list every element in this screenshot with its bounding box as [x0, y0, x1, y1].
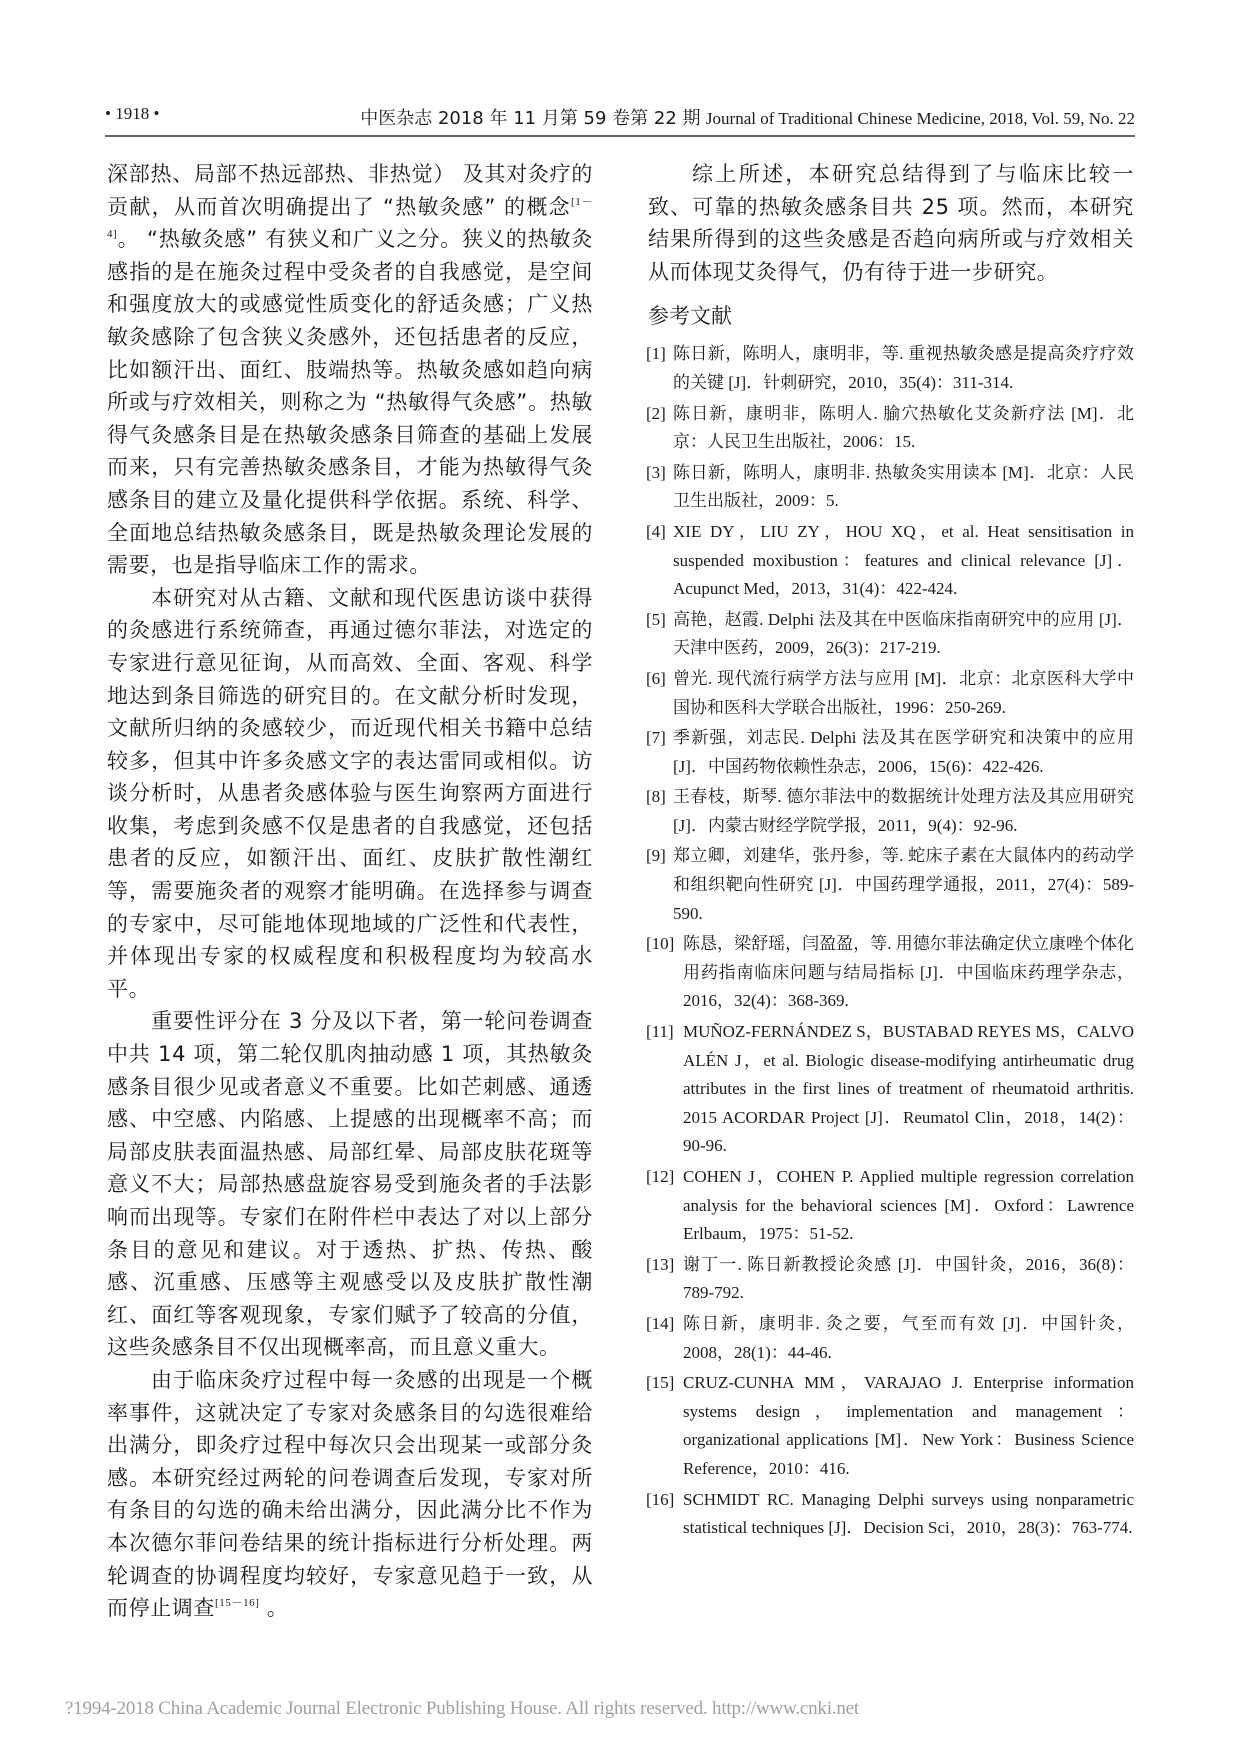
reference-item: [15]CRUZ-CUNHA MM，VARAJAO J. Enterprise … — [648, 1369, 1134, 1483]
reference-text: CRUZ-CUNHA MM，VARAJAO J. Enterprise info… — [683, 1373, 1134, 1478]
reference-text: XIE DY，LIU ZY，HOU XQ，et al. Heat sensiti… — [673, 522, 1134, 598]
reference-text: 曾光. 现代流行病学方法与应用 [M]．北京：北京医科大学中国协和医科大学联合出… — [673, 669, 1134, 717]
reference-item: [6]曾光. 现代流行病学方法与应用 [M]．北京：北京医科大学中国协和医科大学… — [648, 665, 1134, 722]
reference-text: 谢丁一. 陈日新教授论灸感 [J]．中国针灸，2016，36(8)：789-79… — [683, 1255, 1134, 1303]
reference-text: 陈日新，康明非. 灸之要，气至而有效 [J]．中国针灸，2008，28(1)：4… — [683, 1314, 1134, 1362]
reference-number: [9] — [646, 842, 666, 871]
reference-number: [7] — [646, 724, 666, 753]
paragraph-text: 。 “热敏灸感” 有狭义和广义之分。狭义的热敏灸感指的是在施灸过程中受灸者的自我… — [107, 227, 593, 577]
reference-number: [16] — [646, 1486, 674, 1515]
reference-number: [8] — [646, 783, 666, 812]
reference-text: 陈日新，陈明人，康明非. 热敏灸实用读本 [M]．北京：人民卫生出版社，2009… — [673, 463, 1134, 511]
reference-item: [12]COHEN J，COHEN P. Applied multiple re… — [648, 1163, 1134, 1249]
reference-item: [4]XIE DY，LIU ZY，HOU XQ，et al. Heat sens… — [648, 518, 1134, 604]
reference-number: [4] — [646, 518, 666, 547]
paragraph-text: 。 — [260, 1596, 289, 1620]
reference-number: [6] — [646, 665, 666, 694]
running-header: • 1918 • 中医杂志 2018 年 11 月第 59 卷第 22 期 Jo… — [105, 104, 1135, 130]
reference-number: [2] — [646, 400, 666, 429]
reference-number: [5] — [646, 606, 666, 635]
reference-item: [14]陈日新，康明非. 灸之要，气至而有效 [J]．中国针灸，2008，28(… — [648, 1310, 1134, 1367]
journal-citation: 中医杂志 2018 年 11 月第 59 卷第 22 期 Journal of … — [360, 104, 1135, 130]
reference-number: [11] — [646, 1018, 674, 1047]
reference-number: [10] — [646, 930, 674, 959]
reference-text: COHEN J，COHEN P. Applied multiple regres… — [683, 1167, 1134, 1243]
body-paragraph: 深部热、局部不热远部热、非热觉） 及其对灸疗的贡献，从而首次明确提出了 “热敏灸… — [107, 158, 593, 582]
reference-text: 陈日新，陈明人，康明非，等. 重视热敏灸感是提高灸疗疗效的关键 [J]．针刺研究… — [673, 344, 1134, 392]
reference-item: [1]陈日新，陈明人，康明非，等. 重视热敏灸感是提高灸疗疗效的关键 [J]．针… — [648, 340, 1134, 397]
references-heading: 参考文献 — [648, 300, 1134, 330]
reference-item: [3]陈日新，陈明人，康明非. 热敏灸实用读本 [M]．北京：人民卫生出版社，2… — [648, 459, 1134, 516]
paragraph-text: 深部热、局部不热远部热、非热觉） 及其对灸疗的贡献，从而首次明确提出了 “热敏灸… — [107, 162, 593, 219]
reference-item: [9]郑立卿，刘建华，张丹参，等. 蛇床子素在大鼠体内的药动学和组织靶向性研究 … — [648, 842, 1134, 928]
reference-number: [15] — [646, 1369, 674, 1398]
reference-text: 高艳，赵霞. Delphi 法及其在中医临床指南研究中的应用 [J]．天津中医药… — [673, 610, 1134, 658]
reference-item: [7]季新强，刘志民. Delphi 法及其在医学研究和决策中的应用 [J]．中… — [648, 724, 1134, 781]
conclusion-paragraph: 综上所述，本研究总结得到了与临床比较一致、可靠的热敏灸感条目共 25 项。然而，… — [648, 158, 1134, 288]
body-paragraph: 重要性评分在 3 分及以下者，第一轮问卷调查中共 14 项，第二轮仅肌肉抽动感 … — [107, 1005, 593, 1364]
left-column: 深部热、局部不热远部热、非热觉） 及其对灸疗的贡献，从而首次明确提出了 “热敏灸… — [107, 158, 593, 1625]
reference-item: [13]谢丁一. 陈日新教授论灸感 [J]．中国针灸，2016，36(8)：78… — [648, 1251, 1134, 1308]
header-divider — [105, 135, 1135, 137]
reference-text: MUÑOZ-FERNÁNDEZ S，BUSTABAD REYES MS，CALV… — [683, 1022, 1134, 1155]
body-paragraph: 由于临床灸疗过程中每一灸感的出现是一个概率事件，这就决定了专家对灸感条目的勾选很… — [107, 1364, 593, 1625]
reference-text: SCHMIDT RC. Managing Delphi surveys usin… — [683, 1490, 1134, 1538]
reference-text: 陈恳，梁舒瑶，闫盈盈，等. 用德尔菲法确定伏立康唑个体化用药指南临床问题与结局指… — [683, 934, 1134, 1010]
journal-title-en: Journal of Traditional Chinese Medicine,… — [706, 109, 1135, 128]
reference-item: [5]高艳，赵霞. Delphi 法及其在中医临床指南研究中的应用 [J]．天津… — [648, 606, 1134, 663]
reference-number: [3] — [646, 459, 666, 488]
right-column: 综上所述，本研究总结得到了与临床比较一致、可靠的热敏灸感条目共 25 项。然而，… — [648, 158, 1134, 1545]
reference-text: 陈日新，康明非，陈明人. 腧穴热敏化艾灸新疗法 [M]．北京：人民卫生出版社，2… — [673, 404, 1134, 452]
reference-number: [1] — [646, 340, 666, 369]
reference-text: 郑立卿，刘建华，张丹参，等. 蛇床子素在大鼠体内的药动学和组织靶向性研究 [J]… — [673, 846, 1134, 922]
reference-item: [10]陈恳，梁舒瑶，闫盈盈，等. 用德尔菲法确定伏立康唑个体化用药指南临床问题… — [648, 930, 1134, 1016]
reference-text: 季新强，刘志民. Delphi 法及其在医学研究和决策中的应用 [J]．中国药物… — [673, 728, 1134, 776]
body-paragraph: 本研究对从古籍、文献和现代医患访谈中获得的灸感进行系统筛查，再通过德尔菲法，对选… — [107, 582, 593, 1006]
reference-item: [16]SCHMIDT RC. Managing Delphi surveys … — [648, 1486, 1134, 1543]
reference-number: [14] — [646, 1310, 674, 1339]
reference-number: [13] — [646, 1251, 674, 1280]
citation-link[interactable]: [15－16] — [215, 1597, 260, 1609]
reference-text: 王春枝，斯琴. 德尔菲法中的数据统计处理方法及其应用研究 [J]．内蒙古财经学院… — [673, 787, 1134, 835]
reference-item: [2]陈日新，康明非，陈明人. 腧穴热敏化艾灸新疗法 [M]．北京：人民卫生出版… — [648, 400, 1134, 457]
journal-title-cn: 中医杂志 2018 年 11 月第 59 卷第 22 期 — [360, 108, 700, 129]
reference-list: [1]陈日新，陈明人，康明非，等. 重视热敏灸感是提高灸疗疗效的关键 [J]．针… — [648, 340, 1134, 1542]
reference-number: [12] — [646, 1163, 674, 1192]
paragraph-text: 由于临床灸疗过程中每一灸感的出现是一个概率事件，这就决定了专家对灸感条目的勾选很… — [107, 1368, 593, 1620]
page-number: • 1918 • — [105, 104, 159, 124]
reference-item: [11]MUÑOZ-FERNÁNDEZ S，BUSTABAD REYES MS，… — [648, 1018, 1134, 1161]
reference-item: [8]王春枝，斯琴. 德尔菲法中的数据统计处理方法及其应用研究 [J]．内蒙古财… — [648, 783, 1134, 840]
copyright-footer: ?1994-2018 China Academic Journal Electr… — [65, 1698, 859, 1720]
